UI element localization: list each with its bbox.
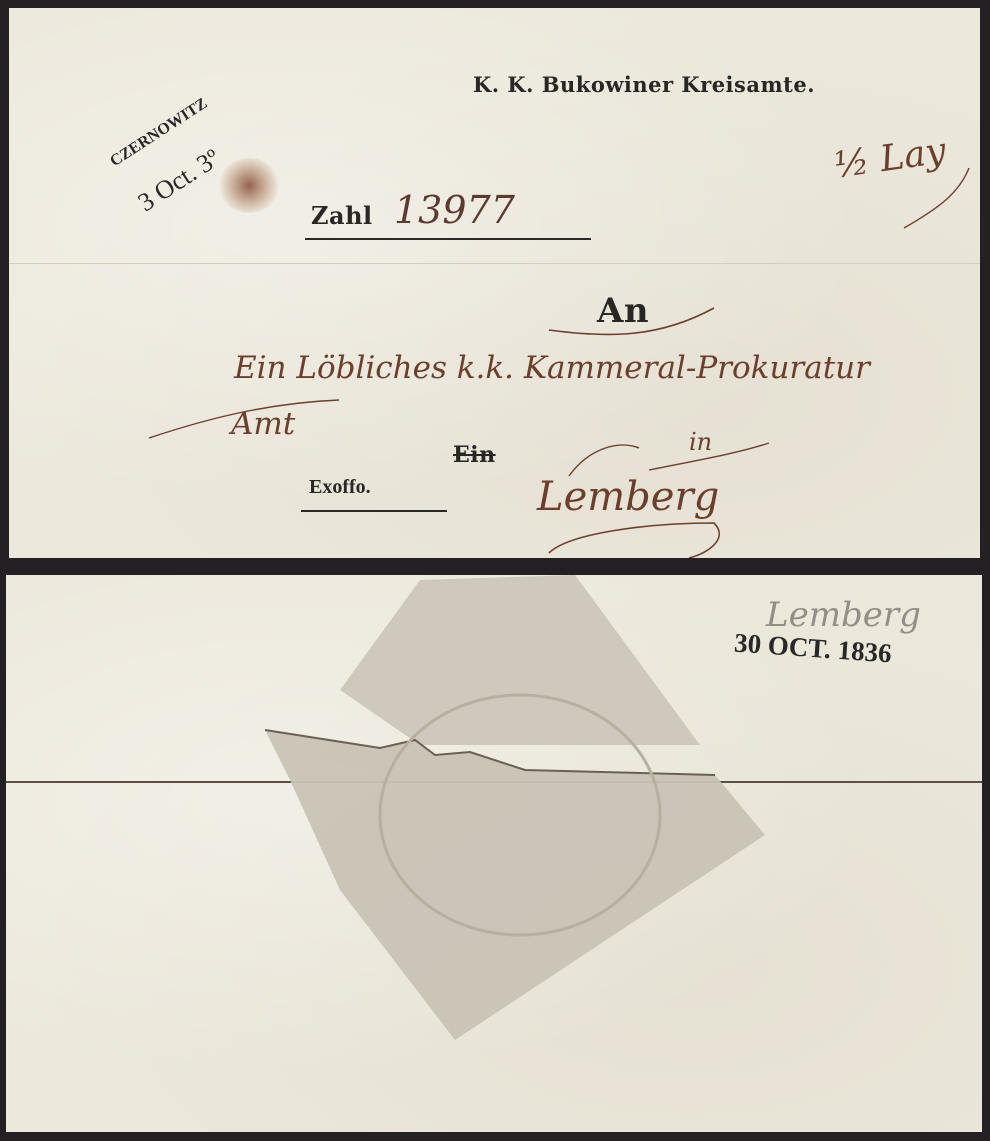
letter-front: K. K. Bukowiner Kreisamte. CZERNOWITZ 3 … bbox=[9, 8, 980, 558]
letter-back: Lemberg 30 OCT. 1836 bbox=[6, 575, 982, 1132]
handwriting-flourishes bbox=[9, 8, 980, 558]
fold-line bbox=[6, 781, 982, 783]
arrival-town-script: Lemberg bbox=[766, 595, 921, 635]
